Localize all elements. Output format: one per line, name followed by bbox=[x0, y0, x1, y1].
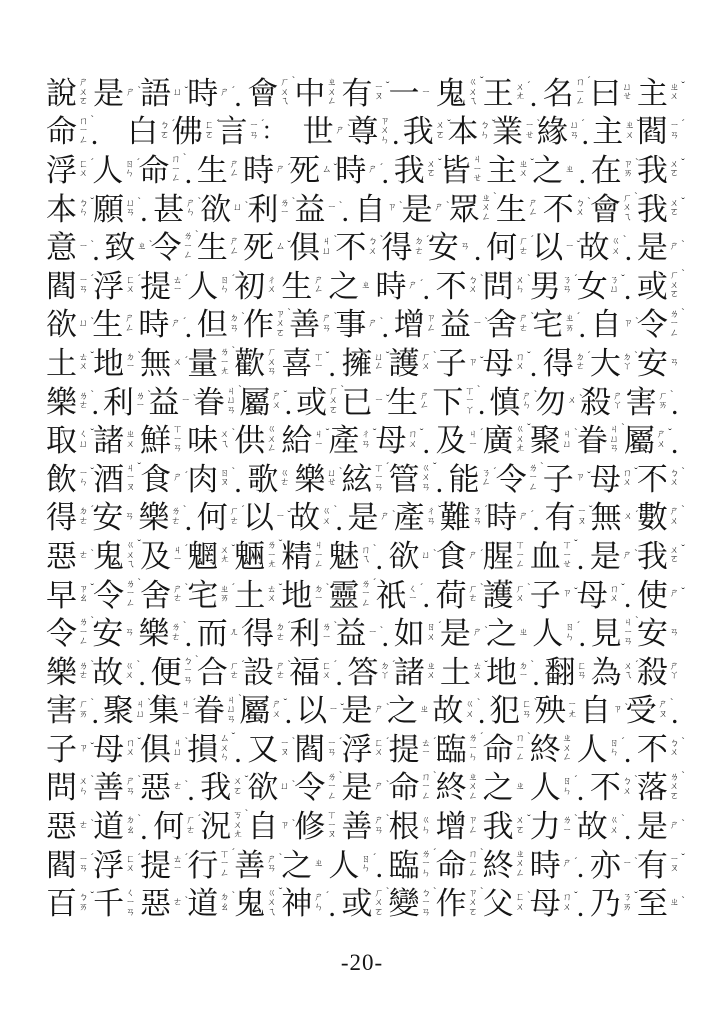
zhuyin-annotation: ㄇㄨˇ bbox=[609, 586, 620, 605]
hanzi: 閻 bbox=[46, 271, 77, 302]
zhuyin-annotation: ㄧˇ bbox=[564, 243, 575, 253]
tone-mark: ˇ bbox=[420, 428, 424, 439]
tone-mark: ˇ bbox=[433, 462, 437, 473]
hanzi: 浮 bbox=[46, 155, 77, 186]
tone-mark: ˊ bbox=[420, 583, 424, 594]
tone-mark: ˋ bbox=[232, 346, 236, 357]
zhuyin-annotation: ㄧˋ bbox=[180, 397, 191, 407]
zhuyin-annotation: ㄇㄨˇ bbox=[407, 431, 418, 450]
char-cell: 安ㄢ bbox=[92, 502, 135, 533]
char-cell: 閻ㄧㄢˊ bbox=[46, 271, 89, 302]
hanzi: 殃 bbox=[535, 695, 566, 726]
zhuyin-annotation: ㄌㄧㄤˋ bbox=[219, 349, 230, 378]
char-cell: 浮ㄈㄨˊ bbox=[93, 850, 136, 881]
hanzi: 祇 bbox=[375, 580, 406, 611]
zhuyin-annotation: ㄧㄝˋ bbox=[524, 122, 535, 141]
zhuyin-annotation: ㄧㄢˊ bbox=[669, 122, 680, 141]
hanzi: 之 bbox=[281, 850, 312, 881]
hanzi: 一 bbox=[389, 78, 420, 109]
hanzi: 道 bbox=[93, 811, 124, 842]
tone-mark: ˋ bbox=[195, 655, 199, 666]
hanzi: 鬼 bbox=[93, 541, 124, 572]
tone-mark: ˊ bbox=[90, 505, 94, 516]
zhuyin-annotation: ㄉㄜˊ bbox=[575, 354, 586, 373]
tone-mark: ˇ bbox=[90, 428, 94, 439]
zhuyin-annotation: ㄩˋ bbox=[279, 783, 290, 793]
hanzi: 閻 bbox=[637, 116, 668, 147]
tone-mark: ˋ bbox=[90, 616, 94, 627]
zhuyin-annotation: ㄊㄧˊ bbox=[421, 740, 432, 759]
hanzi: 時 bbox=[187, 78, 218, 109]
hanzi: 安 bbox=[637, 618, 668, 649]
zhuyin-annotation: ㄈㄨˋ bbox=[515, 894, 526, 913]
char-cell: 善ㄕㄢˋ bbox=[93, 772, 136, 803]
tone-mark: ˇ bbox=[184, 86, 188, 97]
tone-mark: ˋ bbox=[347, 124, 351, 135]
char-cell: 靈ㄌㄧㄥˊ bbox=[328, 580, 371, 611]
tone-mark: ˇ bbox=[90, 467, 94, 478]
punctuation: . bbox=[423, 275, 432, 305]
hanzi: 惡 bbox=[140, 772, 171, 803]
char-cell: 俱ㄐㄩˋ bbox=[140, 734, 183, 765]
hanzi: 歡 bbox=[234, 348, 265, 379]
hanzi: 舍 bbox=[486, 309, 517, 340]
tone-mark: ˋ bbox=[527, 732, 531, 743]
tone-mark: ˋ bbox=[681, 240, 685, 251]
hanzi: 利 bbox=[289, 618, 320, 649]
hanzi: 是 bbox=[637, 811, 668, 842]
hanzi: 浮 bbox=[341, 734, 372, 765]
hanzi: 子 bbox=[46, 734, 77, 765]
char-cell: 慎ㄕㄣˋ bbox=[489, 387, 532, 418]
hanzi: 早 bbox=[46, 580, 77, 611]
tone-mark: ˊ bbox=[426, 235, 430, 246]
zhuyin-annotation: ㄕㄡˋ bbox=[658, 701, 669, 720]
char-cell: 魍ㄨㄤˇ bbox=[187, 541, 230, 572]
char-cell: 絃ㄒㄧㄢˊ bbox=[341, 464, 384, 495]
tone-mark: ˋ bbox=[279, 853, 283, 864]
zhuyin-annotation: ㄏㄜˊ bbox=[229, 663, 240, 682]
zhuyin-annotation: ㄓ bbox=[515, 783, 526, 793]
tone-mark: ˇ bbox=[484, 660, 488, 671]
char-cell: 提ㄊㄧˊ bbox=[389, 734, 432, 765]
hanzi: 土 bbox=[440, 657, 471, 688]
hanzi: 名 bbox=[543, 78, 574, 109]
zhuyin-annotation: ㄜˋ bbox=[78, 822, 89, 832]
text-line: 惡ㄜˋ道ㄉㄠˋ.何ㄏㄜˊ況ㄎㄨㄤˋ自ㄗˋ修ㄒㄧㄡ善ㄕㄢˋ根ㄍㄣ增ㄗㄥ我ㄨㄛˇ力ㄌ… bbox=[46, 807, 680, 846]
tone-mark: ˋ bbox=[90, 775, 94, 786]
tone-mark: ˇ bbox=[438, 158, 442, 169]
tone-mark: ˊ bbox=[326, 891, 330, 902]
zhuyin-annotation: ㄍㄨˋ bbox=[321, 508, 332, 527]
tone-mark: ˋ bbox=[635, 317, 639, 328]
hanzi: 子 bbox=[530, 580, 561, 611]
char-cell: 屬ㄕㄨˇ bbox=[239, 387, 282, 418]
hanzi: 皆 bbox=[440, 155, 471, 186]
hanzi: 歌 bbox=[247, 464, 278, 495]
char-cell: 善ㄕㄢˋ bbox=[289, 309, 332, 340]
hanzi: 子 bbox=[543, 464, 574, 495]
zhuyin-annotation: ㄅㄣˇ bbox=[78, 200, 89, 219]
char-cell: 不ㄅㄨˋ bbox=[436, 271, 479, 302]
zhuyin-annotation: ㄍㄨㄟˇ bbox=[125, 542, 136, 571]
hanzi: 欲 bbox=[46, 309, 77, 340]
zhuyin-annotation: ㄩˋ bbox=[232, 204, 243, 214]
hanzi: 得 bbox=[46, 502, 77, 533]
zhuyin-annotation: ㄉㄜˊ bbox=[414, 238, 425, 257]
hanzi: 惡 bbox=[140, 888, 171, 919]
hanzi: 甚 bbox=[153, 194, 184, 225]
char-cell: 惡ㄜˋ bbox=[140, 888, 183, 919]
tone-mark: ˇ bbox=[90, 742, 94, 753]
text-line: 浮ㄈㄨˊ人ㄖㄣˊ命ㄇㄧㄥˋ.生ㄕㄥ時ㄕˊ死ㄙˇ時ㄕˊ.我ㄨㄛˇ皆ㄐㄧㄝ主ㄓㄨˇ之… bbox=[46, 151, 680, 190]
char-cell: 翻ㄈㄢ bbox=[544, 657, 587, 688]
tone-mark: ˋ bbox=[90, 240, 94, 251]
char-cell: 諸ㄓㄨ bbox=[93, 425, 136, 456]
hanzi: 致 bbox=[104, 232, 135, 263]
hanzi: 設 bbox=[243, 657, 274, 688]
char-cell: 屬ㄕㄨˇ bbox=[239, 695, 282, 726]
char-cell: 飲ㄧㄣˇ bbox=[46, 464, 89, 495]
hanzi: 精 bbox=[281, 541, 312, 572]
zhuyin-annotation: ㄈㄨˊ bbox=[373, 740, 384, 759]
hanzi: 擁 bbox=[341, 348, 372, 379]
char-cell: 樂ㄩㄝˋ bbox=[294, 464, 337, 495]
zhuyin-annotation: ㄗㄨㄣ bbox=[379, 118, 390, 147]
zhuyin-annotation: ㄓㄨㄥ bbox=[468, 774, 479, 803]
char-cell: 祇ㄑㄧˊ bbox=[375, 580, 418, 611]
char-cell: 語ㄩˇ bbox=[140, 78, 183, 109]
tone-mark: ˇ bbox=[527, 423, 531, 434]
tone-mark: ˋ bbox=[292, 819, 296, 830]
zhuyin-annotation: ㄅㄨˋ bbox=[669, 740, 680, 759]
hanzi: 安 bbox=[428, 232, 459, 263]
char-cell: 是ㄕˋ bbox=[402, 194, 445, 225]
tone-mark: ˋ bbox=[446, 201, 450, 212]
tone-mark: ˋ bbox=[574, 814, 578, 825]
char-cell: 欲ㄩˋ bbox=[200, 194, 243, 225]
zhuyin-annotation: ㄧ bbox=[421, 89, 432, 99]
char-cell: 時ㄕˊ bbox=[138, 309, 181, 340]
zhuyin-annotation: ㄕˇ bbox=[669, 590, 680, 600]
zhuyin-annotation: ㄗˇ bbox=[575, 474, 586, 484]
char-cell: 問ㄨㄣˋ bbox=[483, 271, 526, 302]
zhuyin-annotation: ㄓㄨㄥ bbox=[515, 851, 526, 880]
tone-mark: ˊ bbox=[574, 274, 578, 285]
char-cell: 早ㄗㄠˇ bbox=[46, 580, 89, 611]
hanzi: 王 bbox=[483, 78, 514, 109]
zhuyin-annotation: ㄑㄧˊ bbox=[407, 586, 418, 605]
hanzi: 母 bbox=[590, 464, 621, 495]
tone-mark: ˋ bbox=[579, 394, 583, 405]
tone-mark: ˋ bbox=[193, 394, 197, 405]
hanzi: 聚 bbox=[530, 425, 561, 456]
zhuyin-annotation: ㄅㄨˋ bbox=[669, 470, 680, 489]
zhuyin-annotation: ㄧˋ bbox=[78, 243, 89, 253]
char-cell: 安ㄢ bbox=[637, 348, 680, 379]
hanzi: 宅 bbox=[532, 309, 563, 340]
tone-mark: ˋ bbox=[340, 385, 344, 396]
char-cell: 見ㄐㄧㄢˋ bbox=[591, 618, 634, 649]
tone-mark: ˋ bbox=[241, 312, 245, 323]
zhuyin-annotation: ㄕㄚ bbox=[669, 663, 680, 682]
char-cell: 精ㄐㄧㄥ bbox=[281, 541, 324, 572]
hanzi: 護 bbox=[483, 580, 514, 611]
char-cell: 福ㄈㄨˊ bbox=[289, 657, 332, 688]
hanzi: 以 bbox=[243, 502, 274, 533]
hanzi: 犯 bbox=[489, 695, 520, 726]
hanzi: 如 bbox=[394, 618, 425, 649]
zhuyin-annotation: ㄕㄨˇ bbox=[271, 393, 282, 412]
tone-mark: ˇ bbox=[90, 583, 94, 594]
hanzi: 主 bbox=[637, 78, 668, 109]
tone-mark: ˊ bbox=[216, 119, 220, 130]
zhuyin-annotation: ㄨㄣˋ bbox=[78, 778, 89, 797]
zhuyin-annotation: ㄍㄨㄟˇ bbox=[266, 890, 277, 919]
zhuyin-annotation: ㄩㄝˋ bbox=[326, 470, 337, 489]
hanzi: 佛 bbox=[172, 116, 203, 147]
hanzi: 大 bbox=[590, 348, 621, 379]
tone-mark: ˋ bbox=[326, 583, 330, 594]
tone-mark: ˊ bbox=[621, 737, 625, 748]
char-cell: 名ㄇㄧㄥˊ bbox=[543, 78, 586, 109]
hanzi: 管 bbox=[389, 464, 420, 495]
zhuyin-annotation: ㄖㄡˋ bbox=[219, 470, 230, 489]
char-cell: 提ㄊㄧˊ bbox=[140, 850, 183, 881]
zhuyin-annotation: ㄉㄚˋ bbox=[622, 354, 633, 373]
char-cell: 子ㄗˇ bbox=[543, 464, 586, 495]
text-line: 土ㄊㄨˇ地ㄉㄧˋ無ㄨˊ量ㄌㄧㄤˋ歡ㄏㄨㄢ喜ㄒㄧˇ.擁ㄩㄥˇ護ㄏㄨˋ子ㄗˇ母ㄇㄨˇ… bbox=[46, 344, 680, 383]
char-cell: 腥ㄒㄧㄥ bbox=[483, 541, 526, 572]
hanzi: 自 bbox=[591, 309, 622, 340]
tone-mark: ˋ bbox=[90, 115, 94, 126]
tone-mark: ˋ bbox=[380, 317, 384, 328]
char-cell: 得ㄉㄜˊ bbox=[243, 618, 286, 649]
char-cell: 得ㄉㄜˊ bbox=[543, 348, 586, 379]
tone-mark: ˋ bbox=[480, 848, 484, 859]
hanzi: 本 bbox=[447, 116, 478, 147]
hanzi: 眾 bbox=[449, 194, 480, 225]
hanzi: 俱 bbox=[140, 734, 171, 765]
char-cell: 不ㄅㄨˋ bbox=[590, 772, 633, 803]
hanzi: 答 bbox=[348, 657, 379, 688]
hanzi: 得 bbox=[382, 232, 413, 263]
tone-mark: ˇ bbox=[326, 428, 330, 439]
char-cell: 荷ㄏㄜˋ bbox=[436, 580, 479, 611]
zhuyin-annotation: ㄕㄥ bbox=[229, 238, 240, 257]
zhuyin-annotation: ㄕˋ bbox=[622, 552, 633, 562]
tone-mark: ˊ bbox=[480, 428, 484, 439]
char-cell: 及ㄐㄧˊ bbox=[436, 425, 479, 456]
char-cell: 地ㄉㄧˋ bbox=[486, 657, 529, 688]
hanzi: 是 bbox=[637, 232, 668, 263]
zhuyin-annotation: ㄐㄩˋ bbox=[172, 740, 183, 759]
hanzi: 何 bbox=[153, 811, 184, 842]
char-cell: 聚ㄐㄩˋ bbox=[103, 695, 146, 726]
zhuyin-annotation: ㄕㄜˋ bbox=[172, 586, 183, 605]
char-cell: 浮ㄈㄨˊ bbox=[341, 734, 384, 765]
char-cell: 何ㄏㄜˊ bbox=[153, 811, 196, 842]
zhuyin-annotation: ㄍㄨˋ bbox=[124, 663, 135, 682]
punctuation: . bbox=[624, 583, 633, 613]
hanzi: 惡 bbox=[46, 811, 77, 842]
char-cell: 惡ㄜˋ bbox=[46, 811, 89, 842]
tone-mark: ˊ bbox=[420, 279, 424, 290]
char-cell: 主ㄓㄨˇ bbox=[486, 155, 529, 186]
hanzi: 母 bbox=[375, 425, 406, 456]
char-cell: 有ㄧㄡˇ bbox=[637, 850, 680, 881]
zhuyin-annotation: ㄨㄟˋ bbox=[219, 431, 230, 450]
hanzi: 食 bbox=[140, 464, 171, 495]
char-cell: 提ㄊㄧˊ bbox=[140, 271, 183, 302]
zhuyin-annotation: ㄖㄣˊ bbox=[124, 161, 135, 180]
char-cell: 母ㄇㄨˇ bbox=[375, 425, 418, 456]
zhuyin-annotation: ㄕㄨㄛ bbox=[78, 79, 89, 108]
char-cell: 故ㄍㄨˋ bbox=[577, 811, 620, 842]
char-cell: 是ㄕˋ bbox=[342, 695, 385, 726]
char-cell: 臨ㄌㄧㄣˊ bbox=[389, 850, 432, 881]
tone-mark: ˇ bbox=[90, 891, 94, 902]
zhuyin-annotation: ㄩˋ bbox=[421, 552, 432, 562]
char-cell: 廣ㄍㄨㄤˇ bbox=[483, 425, 526, 456]
char-cell: 或ㄏㄨㄛˋ bbox=[341, 888, 384, 919]
char-cell: 我ㄨㄛˇ bbox=[200, 772, 243, 803]
char-cell: 害ㄏㄞˋ bbox=[46, 695, 89, 726]
text-line: 欲ㄩˋ生ㄕㄥ時ㄕˊ.但ㄉㄢˋ作ㄗㄨㄛˋ善ㄕㄢˋ事ㄕˋ.增ㄗㄥ益ㄧˋ舍ㄕㄜˋ宅ㄓㄞ… bbox=[46, 306, 680, 345]
tone-mark: ˋ bbox=[536, 119, 540, 130]
tone-mark: ˇ bbox=[587, 471, 591, 482]
hanzi: 是 bbox=[93, 78, 124, 109]
char-cell: 說ㄕㄨㄛ bbox=[46, 78, 89, 109]
tone-mark: ˇ bbox=[480, 76, 484, 87]
char-cell: 時ㄕˊ bbox=[486, 502, 529, 533]
char-cell: 是ㄕˋ bbox=[341, 772, 384, 803]
tone-mark: ˋ bbox=[433, 549, 437, 560]
char-cell: 眾ㄓㄨㄥˋ bbox=[449, 194, 492, 225]
zhuyin-annotation: ㄕˋ bbox=[669, 243, 680, 253]
zhuyin-annotation: ㄏㄞˋ bbox=[658, 393, 669, 412]
hanzi: 人 bbox=[92, 155, 123, 186]
hanzi: 母 bbox=[530, 888, 561, 919]
char-cell: 管ㄍㄨㄢˇ bbox=[389, 464, 432, 495]
char-cell: 生ㄕㄥ bbox=[387, 387, 430, 418]
hanzi: 得 bbox=[543, 348, 574, 379]
zhuyin-annotation: ㄧˋ bbox=[326, 204, 337, 214]
hanzi: 害 bbox=[626, 387, 657, 418]
hanzi: 益 bbox=[335, 618, 366, 649]
hanzi: 千 bbox=[93, 888, 124, 919]
hanzi: 緣 bbox=[537, 116, 568, 147]
hanzi: 事 bbox=[335, 309, 366, 340]
punctuation: . bbox=[578, 159, 587, 189]
hanzi: 母 bbox=[93, 734, 124, 765]
tone-mark: ˊ bbox=[386, 462, 390, 473]
hanzi: 閻 bbox=[46, 850, 77, 881]
zhuyin-annotation: ㄑㄩˇ bbox=[78, 431, 89, 450]
char-cell: 時ㄕˊ bbox=[530, 850, 573, 881]
hanzi: 不 bbox=[335, 232, 366, 263]
zhuyin-annotation: ㄌㄜˋ bbox=[170, 508, 181, 527]
zhuyin-annotation: ㄓˋ bbox=[669, 899, 680, 909]
hanzi: 不 bbox=[543, 194, 574, 225]
char-cell: 生ㄕㄥ bbox=[197, 232, 240, 263]
char-cell: 魎ㄌㄧㄤˇ bbox=[234, 541, 277, 572]
tone-mark: ˊ bbox=[530, 235, 534, 246]
hanzi: 食 bbox=[436, 541, 467, 572]
char-cell: 惡ㄜˋ bbox=[46, 541, 89, 572]
zhuyin-annotation: ㄑㄧㄢ bbox=[125, 890, 136, 919]
hanzi: 之 bbox=[532, 155, 563, 186]
tone-mark: ˋ bbox=[681, 896, 685, 907]
char-cell: 犯ㄈㄢˋ bbox=[489, 695, 532, 726]
punctuation: . bbox=[624, 815, 633, 845]
zhuyin-annotation: ㄧㄤ bbox=[567, 701, 578, 720]
hanzi: 生 bbox=[92, 309, 123, 340]
zhuyin-annotation: ㄨㄛˇ bbox=[435, 122, 446, 141]
hanzi: 亦 bbox=[590, 850, 621, 881]
zhuyin-annotation: ㄗˋ bbox=[279, 822, 290, 832]
hanzi: 樂 bbox=[138, 618, 169, 649]
hanzi: 死 bbox=[289, 155, 320, 186]
tone-mark: ˊ bbox=[184, 544, 188, 555]
tone-mark: ˊ bbox=[232, 274, 236, 285]
zhuyin-annotation: ㄨㄛˇ bbox=[669, 200, 680, 219]
char-cell: 故ㄍㄨˋ bbox=[432, 695, 475, 726]
char-cell: 終ㄓㄨㄥ bbox=[530, 734, 573, 765]
punctuation: . bbox=[671, 429, 680, 459]
char-cell: 死ㄙˇ bbox=[289, 155, 332, 186]
zhuyin-annotation: ㄈㄨˊ bbox=[125, 856, 136, 875]
tone-mark: ˋ bbox=[530, 660, 534, 671]
char-cell: 中ㄓㄨㄥ bbox=[294, 78, 337, 109]
hanzi: 會 bbox=[590, 194, 621, 225]
tone-mark: ˋ bbox=[433, 887, 437, 898]
zhuyin-annotation: ㄌㄧㄤˇ bbox=[266, 542, 277, 571]
char-cell: 浮ㄈㄨˊ bbox=[46, 155, 89, 186]
zhuyin-annotation: ㄜˋ bbox=[172, 899, 183, 909]
hanzi: 時 bbox=[243, 155, 274, 186]
tone-mark: ˇ bbox=[574, 539, 578, 550]
zhuyin-annotation: ㄒㄧㄝˇ bbox=[562, 542, 573, 571]
hanzi: 道 bbox=[187, 888, 218, 919]
zhuyin-annotation: ㄅㄨˋ bbox=[468, 277, 479, 296]
char-cell: 之ㄓ bbox=[387, 695, 430, 726]
zhuyin-annotation: ㄢ bbox=[460, 243, 471, 253]
zhuyin-annotation: ㄕㄜˋ bbox=[518, 315, 529, 334]
char-cell: 作ㄗㄨㄛˋ bbox=[436, 888, 479, 919]
zhuyin-annotation: ㄈㄢ bbox=[576, 663, 587, 682]
tone-mark: ˇ bbox=[340, 703, 344, 714]
tone-mark: ˇ bbox=[279, 887, 283, 898]
char-cell: 子ㄗˇ bbox=[530, 580, 573, 611]
zhuyin-annotation: ㄒㄧㄢ bbox=[172, 426, 183, 455]
zhuyin-annotation: ㄩㄥˇ bbox=[373, 354, 384, 373]
tone-mark: ˋ bbox=[333, 312, 337, 323]
hanzi: 閻 bbox=[294, 734, 325, 765]
hanzi: 人 bbox=[530, 772, 561, 803]
tone-mark: ˇ bbox=[681, 81, 685, 92]
tone-mark: ˊ bbox=[232, 583, 236, 594]
tone-mark: ˋ bbox=[339, 201, 343, 212]
zhuyin-annotation: ㄕㄜˋ bbox=[275, 663, 286, 682]
zhuyin-annotation: ㄕㄣˋ bbox=[185, 200, 196, 219]
zhuyin-annotation: ㄐㄧㄝ bbox=[472, 156, 483, 185]
tone-mark: ˇ bbox=[681, 587, 685, 598]
hanzi: 喜 bbox=[281, 348, 312, 379]
zhuyin-annotation: ㄓㄨㄥˋ bbox=[481, 195, 492, 224]
zhuyin-annotation: ㄕˊ bbox=[367, 166, 378, 176]
hanzi: 人 bbox=[187, 271, 218, 302]
